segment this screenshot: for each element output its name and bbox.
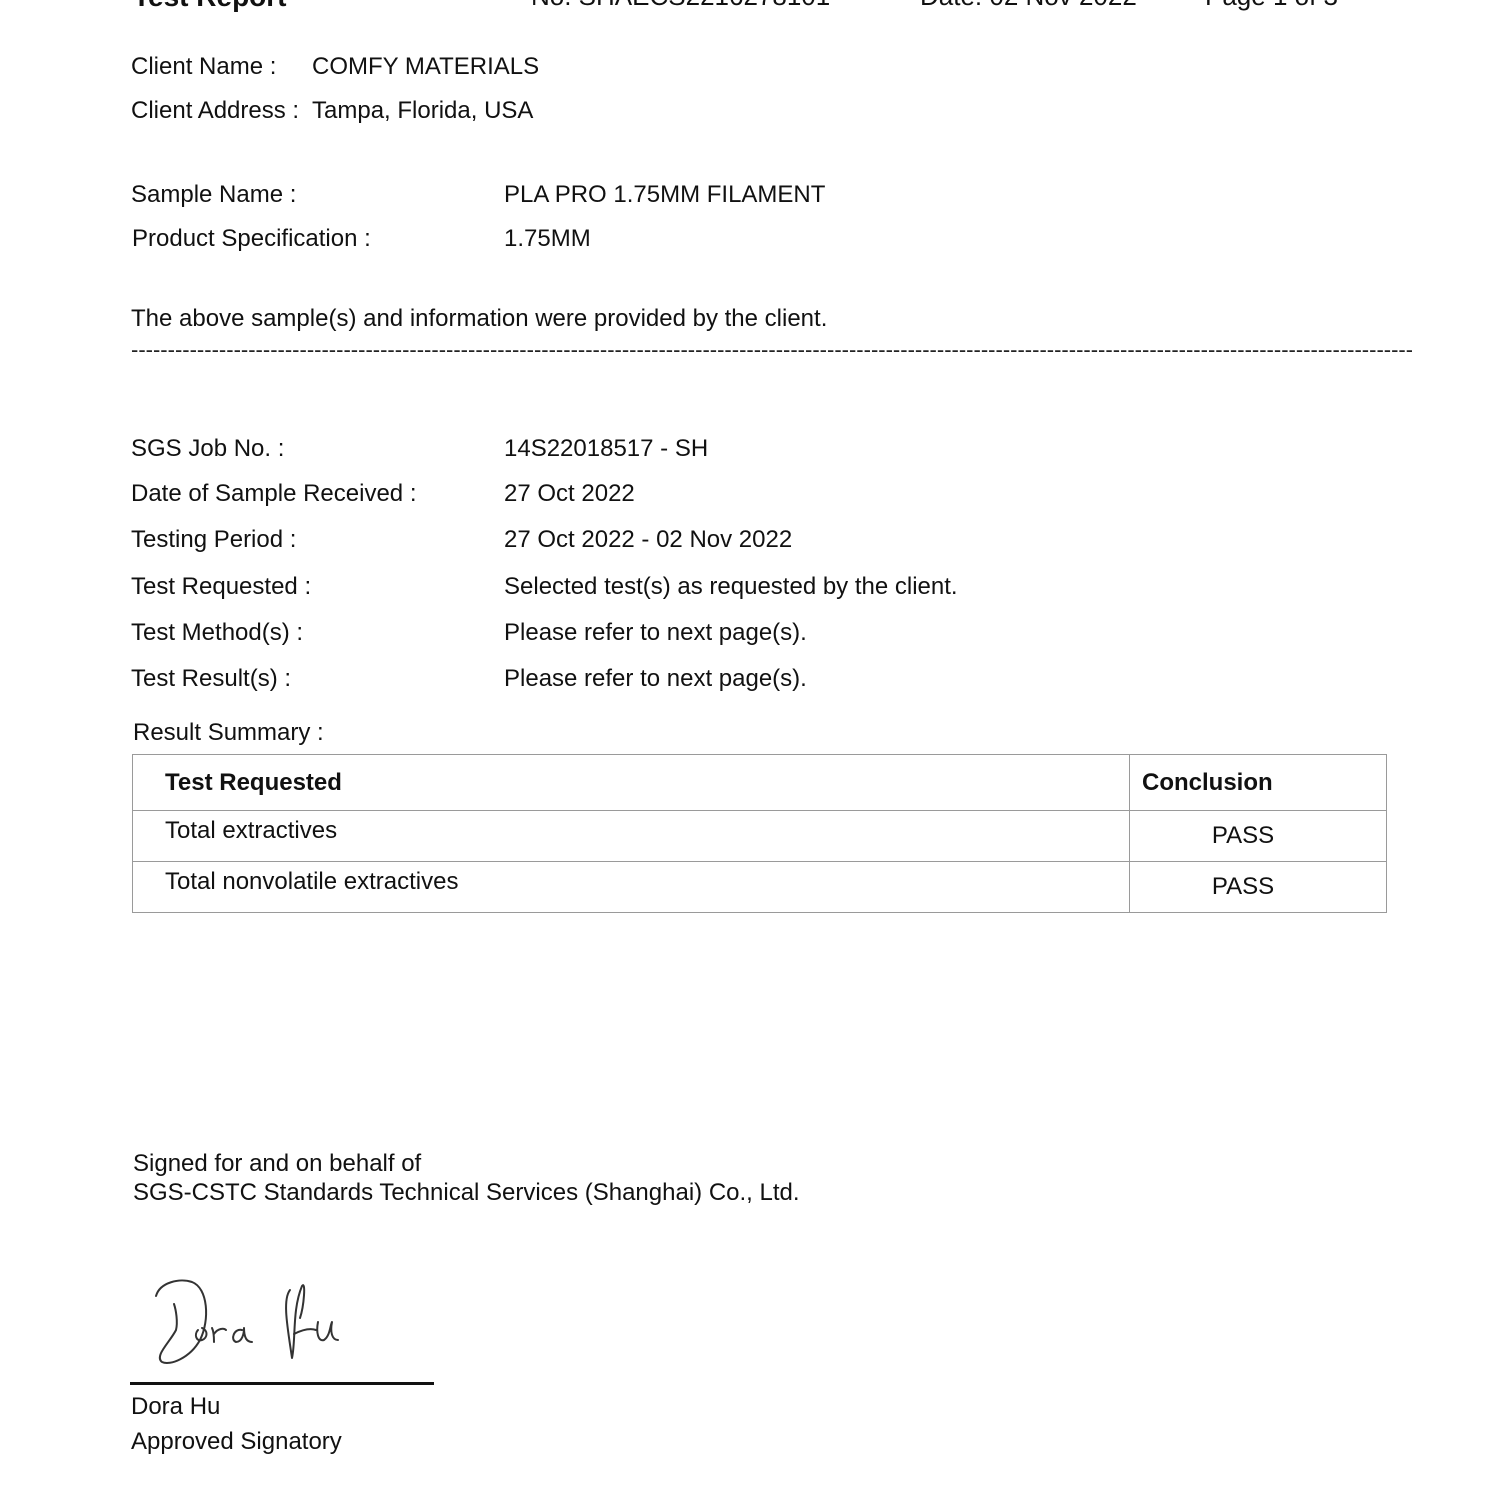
column-header-test: Test Requested [133, 755, 1130, 811]
column-header-conclusion: Conclusion [1130, 755, 1387, 811]
conclusion-cell: PASS [1130, 811, 1387, 862]
job-no-value: 14S22018517 - SH [504, 435, 708, 463]
table-row: Total extractives PASS [133, 811, 1387, 862]
client-name-value: COMFY MATERIALS [312, 53, 539, 81]
report-title: Test Report [133, 0, 287, 13]
test-results-label: Test Result(s) : [131, 665, 291, 693]
testing-period-value: 27 Oct 2022 - 02 Nov 2022 [504, 526, 792, 554]
client-address-value: Tampa, Florida, USA [312, 97, 533, 125]
sample-name-value: PLA PRO 1.75MM FILAMENT [504, 181, 825, 209]
result-summary-label: Result Summary : [133, 719, 324, 747]
test-name-cell: Total extractives [133, 811, 1130, 862]
signed-behalf-line: Signed for and on behalf of [133, 1150, 421, 1178]
product-spec-label: Product Specification : [132, 225, 371, 253]
date-received-value: 27 Oct 2022 [504, 480, 635, 508]
test-name-cell: Total nonvolatile extractives [133, 862, 1130, 913]
report-date: Date: 02 Nov 2022 [920, 0, 1137, 12]
test-methods-label: Test Method(s) : [131, 619, 303, 647]
test-results-value: Please refer to next page(s). [504, 665, 807, 693]
date-received-label: Date of Sample Received : [131, 480, 416, 508]
client-address-label: Client Address : [131, 97, 299, 125]
test-requested-label: Test Requested : [131, 573, 311, 601]
signatory-role: Approved Signatory [131, 1428, 342, 1456]
table-row: Total nonvolatile extractives PASS [133, 862, 1387, 913]
dashed-divider: ----------------------------------------… [131, 337, 1412, 359]
handwritten-signature [140, 1270, 370, 1370]
client-name-label: Client Name : [131, 53, 276, 81]
product-spec-value: 1.75MM [504, 225, 591, 253]
result-summary-table: Test Requested Conclusion Total extracti… [132, 754, 1387, 913]
test-requested-value: Selected test(s) as requested by the cli… [504, 573, 958, 601]
provided-by-client-note: The above sample(s) and information were… [131, 305, 827, 333]
table-header-row: Test Requested Conclusion [133, 755, 1387, 811]
job-no-label: SGS Job No. : [131, 435, 284, 463]
conclusion-cell: PASS [1130, 862, 1387, 913]
page-indicator: Page 1 of 3 [1205, 0, 1338, 12]
report-number: No. SHAECS2216278101 [531, 0, 830, 12]
testing-period-label: Testing Period : [131, 526, 296, 554]
signing-company: SGS-CSTC Standards Technical Services (S… [133, 1179, 800, 1207]
signature-line [130, 1382, 434, 1385]
sample-name-label: Sample Name : [131, 181, 296, 209]
signatory-name: Dora Hu [131, 1393, 220, 1421]
test-methods-value: Please refer to next page(s). [504, 619, 807, 647]
